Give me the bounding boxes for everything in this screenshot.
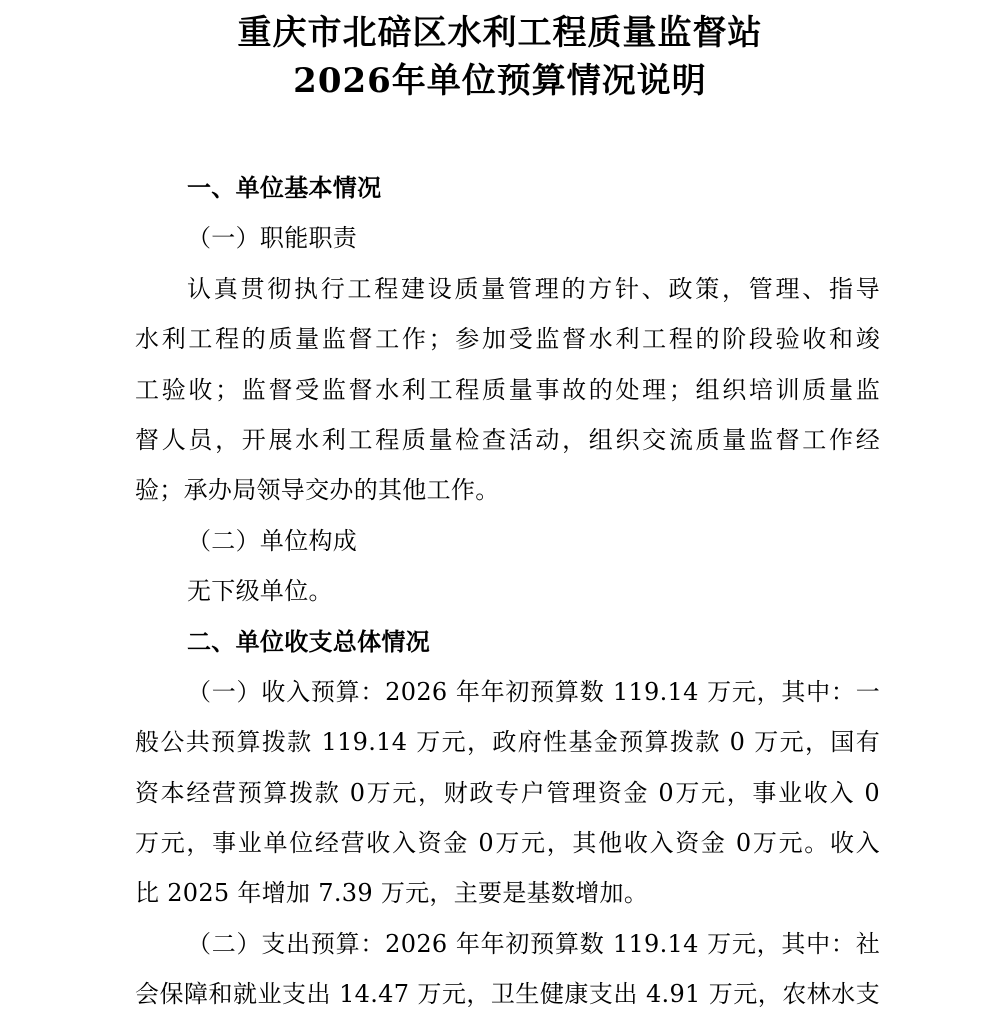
document-title-line1: 重庆市北碚区水利工程质量监督站 [0,13,1000,53]
paragraph-line: 督人员，开展水利工程质量检查活动，组织交流质量监督工作经 [135,415,880,465]
paragraph-line: （一）收入预算：2026 年年初预算数 119.14 万元，其中：一 [135,667,880,717]
paragraph-line: （二）支出预算：2026 年年初预算数 119.14 万元，其中：社 [135,919,880,969]
document-title-line2: 2026年单位预算情况说明 [0,61,1000,101]
paragraph-line: 无下级单位。 [135,566,880,616]
paragraph-line: 万元，事业单位经营收入资金 0万元，其他收入资金 0万元。收入 [135,818,880,868]
document-page: 重庆市北碚区水利工程质量监督站 2026年单位预算情况说明 一、单位基本情况 （… [0,0,1000,1017]
paragraph-line: 会保障和就业支出 14.47 万元，卫生健康支出 4.91 万元，农林水支 [135,969,880,1017]
section-heading-revenue-expenditure: 二、单位收支总体情况 [135,617,880,667]
paragraph-line: 认真贯彻执行工程建设质量管理的方针、政策，管理、指导 [135,264,880,314]
paragraph-line: 验；承办局领导交办的其他工作。 [135,465,880,515]
section-heading-basic-info: 一、单位基本情况 [135,163,880,213]
paragraph-line: 资本经营预算拨款 0万元，财政专户管理资金 0万元，事业收入 0 [135,768,880,818]
document-body: 一、单位基本情况 （一）职能职责 认真贯彻执行工程建设质量管理的方针、政策，管理… [135,163,880,1017]
paragraph-line: 比 2025 年增加 7.39 万元，主要是基数增加。 [135,868,880,918]
paragraph-line: 工验收；监督受监督水利工程质量事故的处理；组织培训质量监 [135,365,880,415]
paragraph-line: 水利工程的质量监督工作；参加受监督水利工程的阶段验收和竣 [135,314,880,364]
subsection-heading-composition: （二）单位构成 [135,516,880,566]
paragraph-line: 般公共预算拨款 119.14 万元，政府性基金预算拨款 0 万元，国有 [135,717,880,767]
subsection-heading-functions: （一）职能职责 [135,213,880,263]
